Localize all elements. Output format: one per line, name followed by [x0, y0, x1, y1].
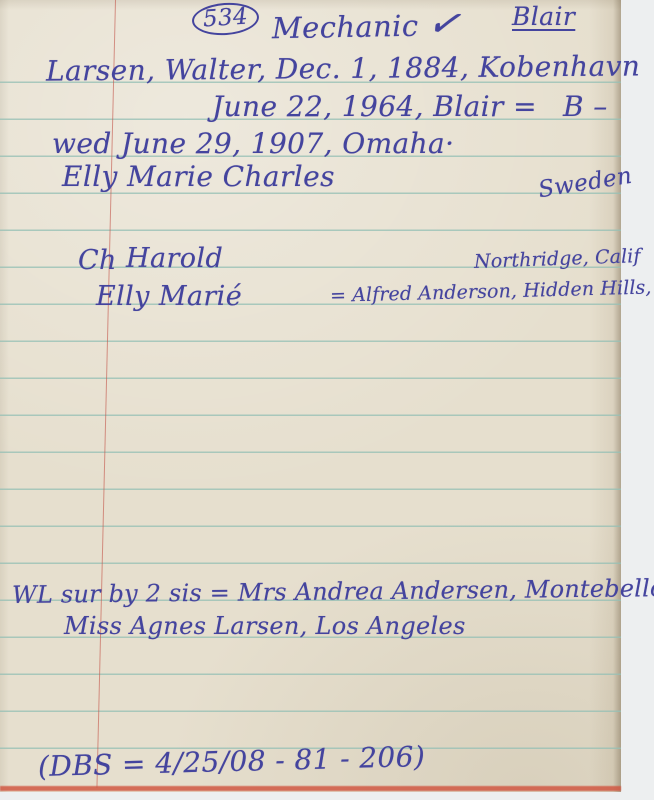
surname-heading: Blair — [512, 4, 575, 29]
page-number-circle: 534 — [191, 1, 260, 38]
page-number: 534 — [192, 3, 259, 35]
spouse-name: Elly Marie Charles — [62, 163, 335, 191]
death-line: June 22, 1964, Blair = — [212, 93, 537, 121]
occupation-heading: Mechanic — [272, 12, 419, 44]
source-reference: (DBS = 4/25/08 - 81 - 206) — [38, 743, 426, 781]
scanned-page: 534 Mechanic ✓ Blair Larsen, Walter, Dec… — [0, 0, 654, 800]
death-annotation: B – — [563, 93, 608, 121]
death-line-row: June 22, 1964, Blair = B – — [212, 93, 608, 121]
survivors-line-2: Miss Agnes Larsen, Los Angeles — [64, 614, 466, 638]
notebook-paper: 534 Mechanic ✓ Blair Larsen, Walter, Dec… — [0, 0, 621, 792]
checkmark-mark: ✓ — [425, 1, 464, 46]
children-label: Ch — [78, 247, 117, 274]
name-birth-line: Larsen, Walter, Dec. 1, 1884, Kobenhavn — [46, 52, 641, 85]
survivors-line-1: WL sur by 2 sis = Mrs Andrea Andersen, M… — [12, 575, 654, 607]
child-name: Elly Marié — [96, 283, 242, 310]
page-bottom-edge — [0, 786, 621, 791]
child-name: Harold — [126, 245, 223, 272]
marriage-line: wed June 29, 1907, Omaha· — [52, 130, 454, 158]
